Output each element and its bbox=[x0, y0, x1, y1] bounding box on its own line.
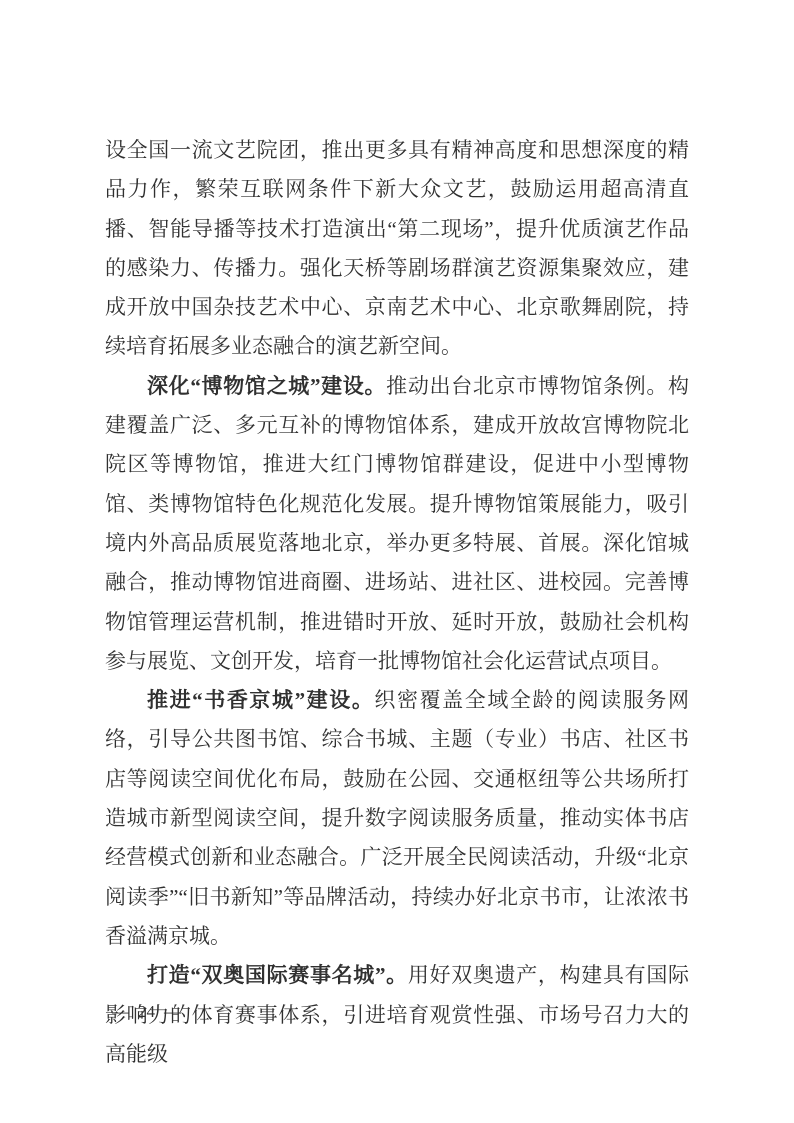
paragraph-text: 推动出台北京市博物馆条例。构建覆盖广泛、多元互补的博物馆体系，建成开放故宫博物院… bbox=[105, 374, 689, 673]
paragraph-lead: 推进“书香京城”建设。 bbox=[147, 688, 374, 712]
page-number: 24 bbox=[138, 1002, 155, 1022]
paragraph: 打造“双奥国际赛事名城”。用好双奥遗产，构建具有国际影响力的体育赛事体系，引进培… bbox=[105, 956, 689, 1074]
paragraph: 设全国一流文艺院团，推出更多具有精神高度和思想深度的精品力作，繁荣互联网条件下新… bbox=[105, 131, 689, 367]
footer-dash-right: — bbox=[164, 1002, 181, 1022]
paragraph: 推进“书香京城”建设。织密覆盖全域全龄的阅读服务网络，引导公共图书馆、综合书城、… bbox=[105, 681, 689, 956]
footer-dash-left: — bbox=[112, 1002, 129, 1022]
paragraph-text: 织密覆盖全域全龄的阅读服务网络，引导公共图书馆、综合书城、主题（专业）书店、社区… bbox=[105, 688, 689, 948]
paragraph-lead: 打造“双奥国际赛事名城”。 bbox=[147, 963, 408, 987]
paragraph: 深化“博物馆之城”建设。推动出台北京市博物馆条例。构建覆盖广泛、多元互补的博物馆… bbox=[105, 367, 689, 681]
document-page: 设全国一流文艺院团，推出更多具有精神高度和思想深度的精品力作，繁荣互联网条件下新… bbox=[0, 0, 794, 1123]
paragraph-lead: 深化“博物馆之城”建设。 bbox=[147, 374, 386, 398]
page-footer: — 24 — bbox=[112, 1002, 181, 1022]
paragraph-text: 设全国一流文艺院团，推出更多具有精神高度和思想深度的精品力作，繁荣互联网条件下新… bbox=[105, 138, 689, 358]
page-content: 设全国一流文艺院团，推出更多具有精神高度和思想深度的精品力作，繁荣互联网条件下新… bbox=[105, 131, 689, 1074]
